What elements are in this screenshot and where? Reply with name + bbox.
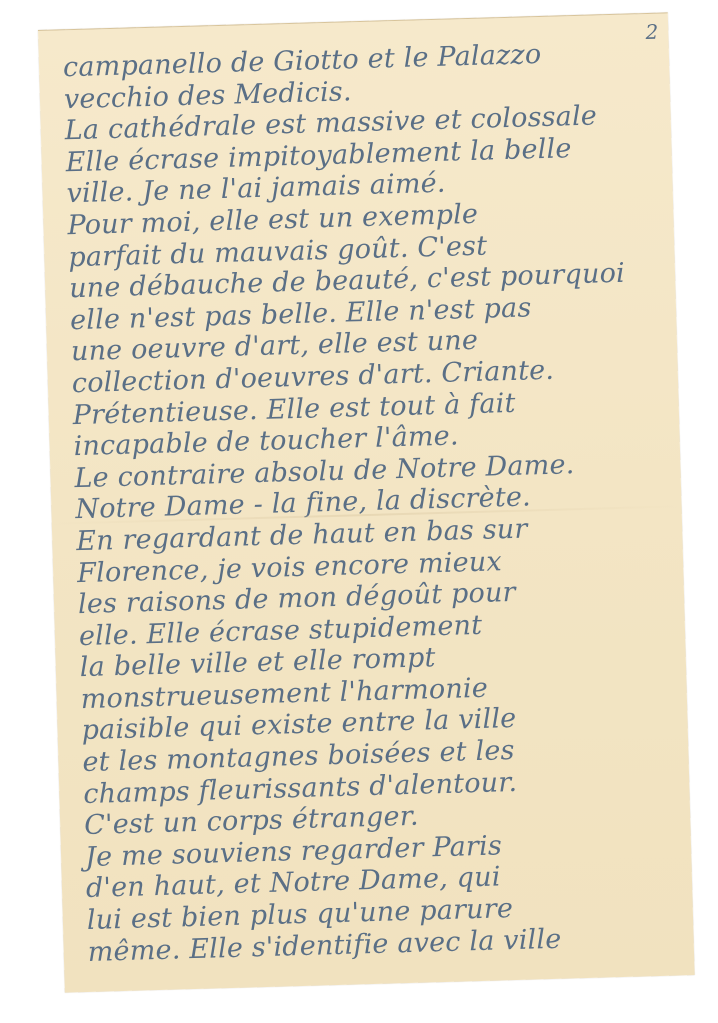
scanned-page: 2 campanello de Giotto et le Palazzo vec…	[0, 0, 718, 1023]
handwritten-text-body: campanello de Giotto et le Palazzo vecch…	[63, 36, 682, 968]
letter-paper: 2 campanello de Giotto et le Palazzo vec…	[38, 12, 695, 992]
